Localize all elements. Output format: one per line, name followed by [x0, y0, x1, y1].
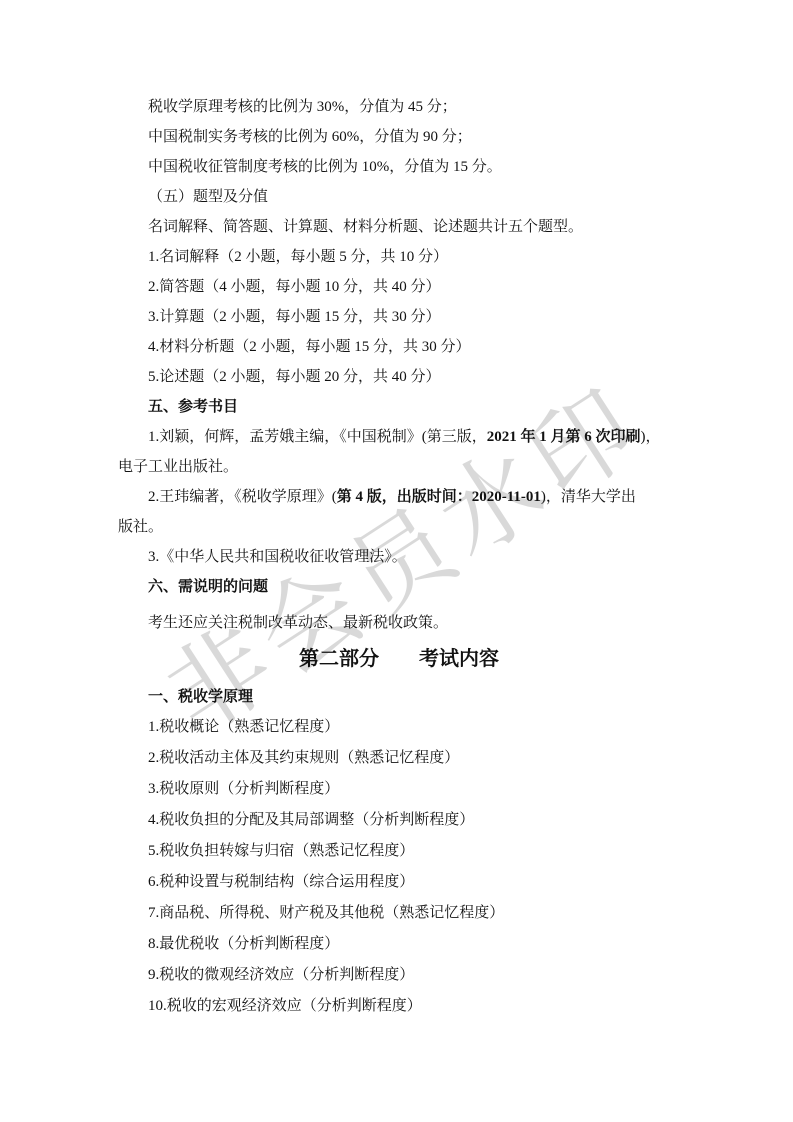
references-heading: 五、参考书目 — [118, 392, 680, 422]
syllabus-item: 4.税收负担的分配及其局部调整（分析判断程度） — [118, 805, 680, 836]
ratio-line: 中国税制实务考核的比例为 60%，分值为 90 分； — [118, 122, 680, 152]
section-syllabus-list: 1.税收概论（熟悉记忆程度） 2.税收活动主体及其约束规则（熟悉记忆程度） 3.… — [118, 712, 680, 1022]
ratio-line: 中国税收征管制度考核的比例为 10%，分值为 15 分。 — [118, 152, 680, 182]
syllabus-item: 6.税种设置与税制结构（综合运用程度） — [118, 867, 680, 898]
question-type-item: 2.简答题（4 小题，每小题 10 分，共 40 分） — [118, 272, 680, 302]
bold-run: 2021 年 1 月第 6 次印刷 — [487, 429, 641, 445]
question-type-item: 1.名词解释（2 小题，每小题 5 分，共 10 分） — [118, 242, 680, 272]
reference-line: 1.刘颖，何辉，孟芳娥主编，《中国税制》(第三版，2021 年 1 月第 6 次… — [118, 422, 680, 452]
reference-line: 3.《中华人民共和国税收征收管理法》。 — [118, 542, 680, 572]
document-page: 非会员水印 税收学原理考核的比例为 30%，分值为 45 分； 中国税制实务考核… — [0, 0, 793, 1122]
text-run: )，清华大学出 — [541, 489, 636, 505]
syllabus-item: 2.税收活动主体及其约束规则（熟悉记忆程度） — [118, 743, 680, 774]
syllabus-item: 3.税收原则（分析判断程度） — [118, 774, 680, 805]
notes-heading: 六、需说明的问题 — [118, 572, 680, 602]
syllabus-item: 7.商品税、所得税、财产税及其他税（熟悉记忆程度） — [118, 898, 680, 929]
ratio-line: 税收学原理考核的比例为 30%，分值为 45 分； — [118, 92, 680, 122]
part-two-title: 第二部分考试内容 — [118, 646, 680, 672]
question-type-item: 4.材料分析题（2 小题，每小题 15 分，共 30 分） — [118, 332, 680, 362]
question-types-heading: （五）题型及分值 — [118, 182, 680, 212]
notes-body: 考生还应关注税制改革动态、最新税收政策。 — [118, 608, 680, 638]
part-title-text: 考试内容 — [419, 648, 499, 670]
question-type-item: 5.论述题（2 小题，每小题 20 分，共 40 分） — [118, 362, 680, 392]
reference-line: 2.王玮编著，《税收学原理》(第 4 版，出版时间：2020-11-01)，清华… — [118, 482, 680, 512]
text-run: 2.王玮编著，《税收学原理》( — [148, 489, 337, 505]
syllabus-item: 8.最优税收（分析判断程度） — [118, 929, 680, 960]
reference-continuation: 版社。 — [118, 512, 680, 542]
part-label: 第二部分 — [299, 648, 379, 670]
question-types-intro: 名词解释、简答题、计算题、材料分析题、论述题共计五个题型。 — [118, 212, 680, 242]
syllabus-item: 10.税收的宏观经济效应（分析判断程度） — [118, 991, 680, 1022]
section-heading: 一、税收学原理 — [118, 682, 680, 712]
reference-continuation: 电子工业出版社。 — [118, 452, 680, 482]
section-exam-structure: 税收学原理考核的比例为 30%，分值为 45 分； 中国税制实务考核的比例为 6… — [118, 92, 680, 712]
text-run: 1.刘颖，何辉，孟芳娥主编，《中国税制》(第三版， — [148, 429, 487, 445]
text-run: )， — [641, 429, 661, 445]
syllabus-item: 5.税收负担转嫁与归宿（熟悉记忆程度） — [118, 836, 680, 867]
document-content: 税收学原理考核的比例为 30%，分值为 45 分； 中国税制实务考核的比例为 6… — [0, 0, 793, 1022]
syllabus-item: 1.税收概论（熟悉记忆程度） — [118, 712, 680, 743]
question-type-item: 3.计算题（2 小题，每小题 15 分，共 30 分） — [118, 302, 680, 332]
bold-run: 第 4 版，出版时间：2020-11-01 — [337, 489, 541, 505]
syllabus-item: 9.税收的微观经济效应（分析判断程度） — [118, 960, 680, 991]
